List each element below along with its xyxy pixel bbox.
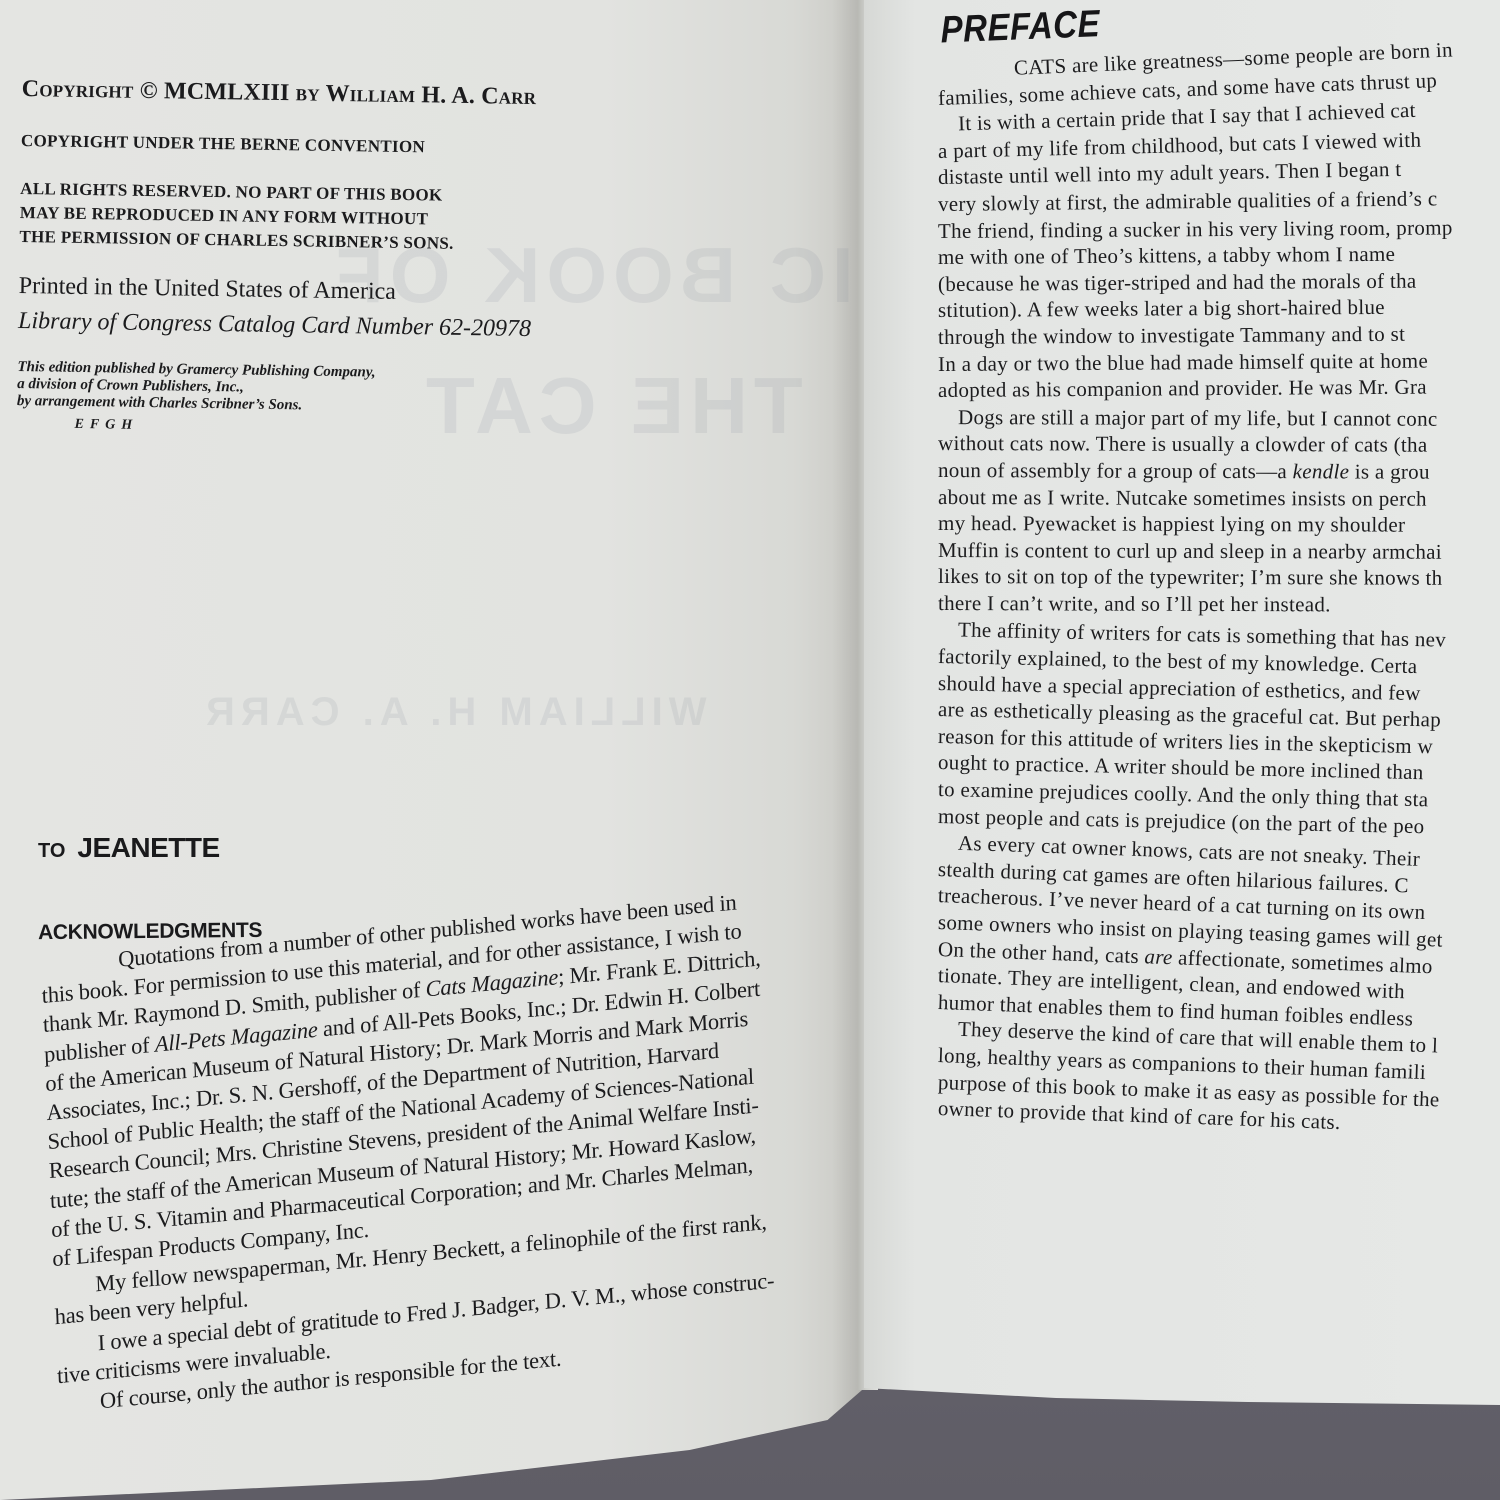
left-page: THE BASIC BOOK OF THE CAT WILLIAM H. A. … [0, 0, 862, 1500]
text-line: without cats now. There is usually a clo… [938, 430, 1500, 459]
text-line: me with one of Theo’s kittens, a tabby w… [938, 239, 1500, 270]
copyright-notice: Copyright © MCMLXIII by William H. A. Ca… [22, 76, 662, 113]
text-line: In a day or two the blue had made himsel… [938, 346, 1500, 377]
right-page: PREFACE CATS are like greatness—some peo… [864, 0, 1500, 1500]
text-line: Dogs are still a major part of my life, … [938, 404, 1500, 433]
preface-title: PREFACE [940, 2, 1101, 52]
rights-reserved: ALL RIGHTS RESERVED. NO PART OF THIS BOO… [19, 177, 660, 259]
text-line: Muffin is content to curl up and sleep i… [938, 537, 1500, 566]
dedication-name: JEANETTE [77, 832, 219, 863]
text-line: my head. Pyewacket is happiest lying on … [938, 510, 1500, 539]
copyright-block: Copyright © MCMLXIII by William H. A. Ca… [16, 76, 662, 442]
show-through-author: WILLIAM H. A. CARR [200, 690, 706, 735]
edition-note: This edition published by Gramercy Publi… [17, 359, 658, 420]
acknowledgments-body: Quotations from a number of other publis… [40, 874, 895, 1419]
text-line: noun of assembly for a group of cats—a k… [938, 457, 1500, 486]
text-line: there I can’t write, and so I’ll pet her… [938, 590, 1500, 619]
dedication-to: TO [38, 840, 65, 862]
printed-in: Printed in the United States of America [18, 273, 658, 310]
dedication: TOJEANETTE [38, 832, 220, 864]
open-book-photo: THE BASIC BOOK OF THE CAT WILLIAM H. A. … [0, 0, 1500, 1500]
text-line: The friend, finding a sucker in his very… [938, 213, 1500, 244]
text-line: adopted as his companion and provider. H… [938, 372, 1500, 403]
text-line: about me as I write. Nutcake sometimes i… [938, 484, 1500, 513]
text-line: through the window to investigate Tamman… [938, 319, 1500, 350]
text-line: stitution). A few weeks later a big shor… [938, 292, 1500, 323]
preface-body: CATS are like greatness—some people are … [938, 58, 1500, 1122]
text-line: (because he was tiger-striped and had th… [938, 266, 1500, 297]
text-line: likes to sit on top of the typewriter; I… [938, 563, 1500, 592]
print-code: EFGH [74, 417, 656, 442]
berne-convention: COPYRIGHT UNDER THE BERNE CONVENTION [21, 129, 661, 163]
catalog-number: Library of Congress Catalog Card Number … [18, 308, 658, 345]
